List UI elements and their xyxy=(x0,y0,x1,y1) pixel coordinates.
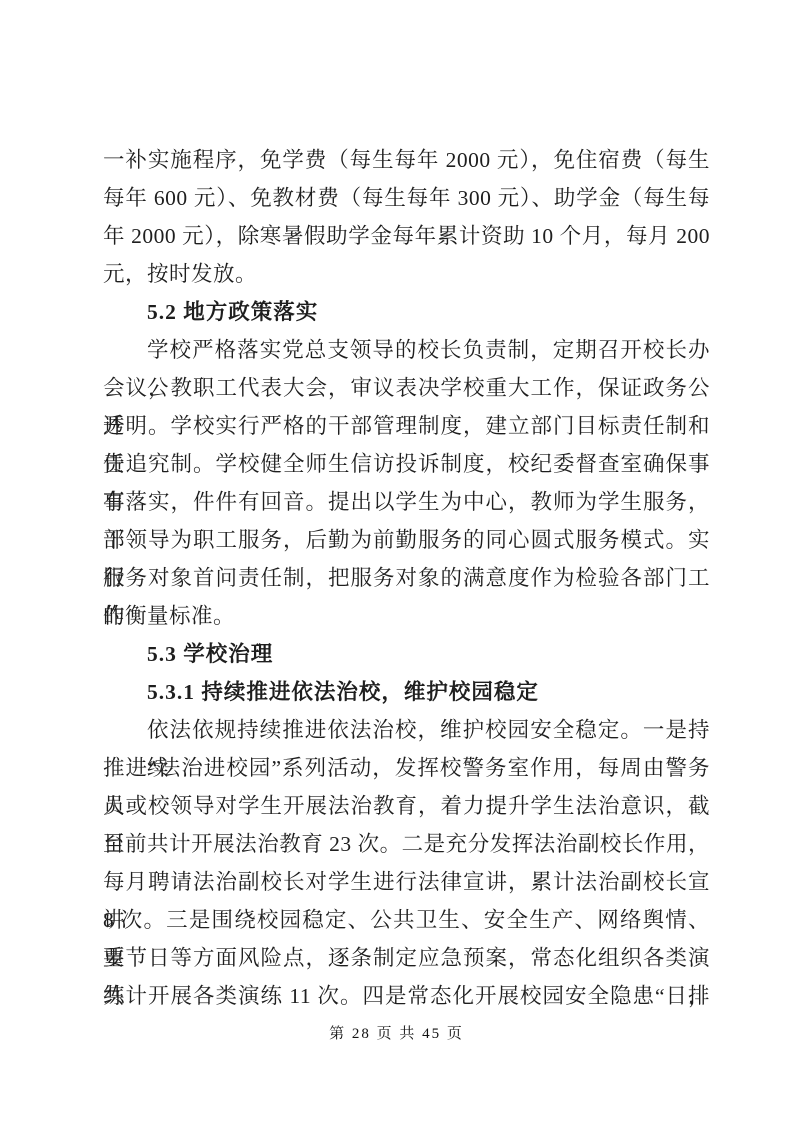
text-line: 元，按时发放。 xyxy=(103,255,710,293)
text-line: 每月聘请法治副校长对学生进行法律宣讲，累计法治副校长宣讲 xyxy=(103,863,710,901)
text-line: 依法依规持续推进依法治校，维护校园安全稳定。一是持续 xyxy=(103,711,710,749)
text-line: 服务对象首问责任制，把服务对象的满意度作为检验各部门工作 xyxy=(103,559,710,597)
text-line: 员或校领导对学生开展法治教育，着力提升学生法治意识，截至 xyxy=(103,787,710,825)
text-line: 要节日等方面风险点，逐条制定应急预案，常态化组织各类演练， xyxy=(103,939,710,977)
text-line: 透明。学校实行严格的干部管理制度，建立部门目标责任制和责 xyxy=(103,407,710,445)
text-line: 8 次。三是围绕校园稳定、公共卫生、安全生产、网络舆情、重 xyxy=(103,901,710,939)
text-line: 年 2000 元），除寒暑假助学金每年累计资助 10 个月，每月 200 xyxy=(103,217,710,255)
text-line: 目前共计开展法治教育 23 次。二是充分发挥法治副校长作用， xyxy=(103,825,710,863)
text-line: 的衡量标准。 xyxy=(103,597,710,635)
page-content: 一补实施程序，免学费（每生每年 2000 元），免住宿费（每生 每年 600 元… xyxy=(103,141,710,1015)
text-line: 共计开展各类演练 11 次。四是常态化开展校园安全隐患“日排 xyxy=(103,977,710,1015)
page-number: 第 28 页 共 45 页 xyxy=(329,1026,464,1042)
heading-5-2: 5.2 地方政策落实 xyxy=(103,293,710,331)
text-line: 每年 600 元）、免教材费（每生每年 300 元）、助学金（每生每 xyxy=(103,179,710,217)
text-line: 推进“法治进校园”系列活动，发挥校警务室作用，每周由警务人 xyxy=(103,749,710,787)
text-line: 有落实，件件有回音。提出以学生为中心，教师为学生服务，干 xyxy=(103,483,710,521)
text-line: 会议，教职工代表大会，审议表决学校重大工作，保证政务公开 xyxy=(103,369,710,407)
text-line: 部领导为职工服务，后勤为前勤服务的同心圆式服务模式。实行 xyxy=(103,521,710,559)
page-footer: 第 28 页 共 45 页 xyxy=(0,1022,793,1043)
heading-5-3: 5.3 学校治理 xyxy=(103,635,710,673)
text-line: 任追究制。学校健全师生信访投诉制度，校纪委督查室确保事事 xyxy=(103,445,710,483)
text-line: 一补实施程序，免学费（每生每年 2000 元），免住宿费（每生 xyxy=(103,141,710,179)
heading-5-3-1: 5.3.1 持续推进依法治校，维护校园稳定 xyxy=(103,673,710,711)
text-line: 学校严格落实党总支领导的校长负责制，定期召开校长办公 xyxy=(103,331,710,369)
document-page: 一补实施程序，免学费（每生每年 2000 元），免住宿费（每生 每年 600 元… xyxy=(0,0,793,1122)
